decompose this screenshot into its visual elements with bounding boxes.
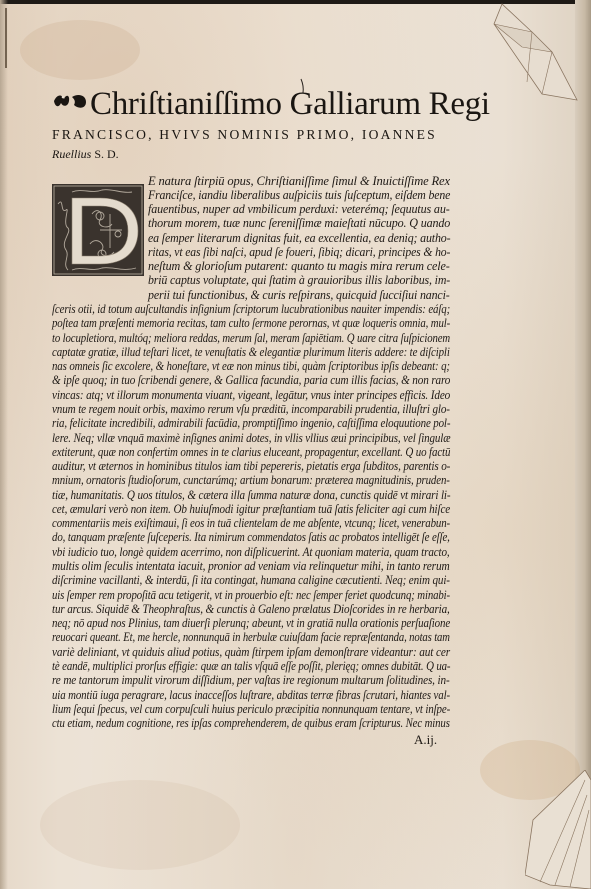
text-line: captatæ gratiæ, illud teſtari licet, te … [52,345,450,359]
text-line: E natura ſtirpiū opus, Chriſtianiſſime ſ… [148,174,450,188]
text-line: Franciſce, iandiu liberalibus auſpiciis … [148,188,450,202]
text-line: ria, felicitate incredibili, admirabili … [52,416,450,430]
water-stain [20,20,140,80]
salutation-suffix: S. D. [91,147,118,161]
text-line: variè deliniant, vt quiduis aliud potius… [52,645,450,659]
text-line: perii tui functionibus, & curis reſpiran… [148,288,450,302]
text-line: to locupletiora, multóq; meliora reddas,… [52,331,450,345]
heading-text: Chriſtianiſſimo Galliarum Regi [90,86,490,122]
folded-corner-bottom [525,770,591,889]
decorated-initial-d: D [52,184,144,276]
folded-corner-top [492,2,582,102]
text-line: lium ſequi ſpecus, vel cum corpuſculi hu… [52,702,450,716]
text-line: ritas, vt eas ſibi naſci, apud ſe foueri… [148,245,450,259]
page-gutter-shadow [0,0,8,889]
signature-mark: A.ij. [414,732,437,748]
text-line: thorum morem, tuæ nunc ſereniſſimæ maieſ… [148,216,450,230]
dedication-heading: Chriſtianiſſimo Galliarum Regi [52,86,490,123]
text-line: neſtum & glorioſum putarent: quanto tu m… [148,259,450,273]
page-crease [5,8,7,68]
text-line: nas omneis ſic excolere, & honeſtare, vt… [52,359,450,373]
text-line: uia montiū iuga peragrare, lacus inacceſ… [52,688,450,702]
text-line: do, tanquam præſente ſuſceperis. Ita nim… [52,530,450,544]
text-line: & ipſe quoq; in tuo ſcribendi genere, & … [52,373,450,387]
text-line: diſcrimine vacillanti, & interdū, ſi ita… [52,573,450,587]
page-right-edge [575,0,591,889]
dedication-subheading: FRANCISCO, HVIVS NOMINIS PRIMO, IOANNES [52,127,437,143]
text-line: auditur, vt æternos in hominibus titulos… [52,459,450,473]
author-name: Ruellius [52,147,91,161]
text-line: cet, æmulari verò non item. Ob huiuſmodi… [52,502,450,516]
text-line: ctu etiam, nedum cognitione, res ipſas c… [52,716,450,730]
book-page: Chriſtianiſſimo Galliarum Regi FRANCISCO… [0,0,591,889]
text-line: reuocari queant. Et, me hercle, nonnunqu… [52,630,450,644]
text-line: tiæ, humanitatis. Q uos titulos, & cæter… [52,488,450,502]
text-line: mnium, ornatoris ſtudioſorum, cunctarúmq… [52,473,450,487]
salutation: Ruellius S. D. [52,147,119,162]
text-line: vbi iudicio tuo, longè quidem acerrimo, … [52,545,450,559]
text-line: vincas: atq; vt illorum monumenta viuant… [52,388,450,402]
text-line: lere. Neq; vllæ vnquā maximè inſignes an… [52,431,450,445]
text-line: tè eandē, multiplici prorſus effigie: qu… [52,659,450,673]
fleuron-ornament-icon [52,91,88,111]
text-line: extiterunt, quæ non confertim omnes in t… [52,445,450,459]
text-line: fauentibus, nuper ad vmbilicum perduxi: … [148,202,450,216]
text-line: re me tantorum impulit virorum diſſidium… [52,673,450,687]
text-line: neq; nō apud nos Plinius, tam diuerſi pl… [52,616,450,630]
text-line: multis olim ſeculis intentata iacuit, pr… [52,559,450,573]
text-line: poſtea tam præſenti memoria recitas, tam… [52,316,450,330]
text-line: ſceris otii, id totum auſcultandis inſig… [52,302,450,316]
text-line: tur arcus. Siquidē & Theophraſtus, & cun… [52,602,450,616]
text-line: vnum te regem nouit orbis, maximo rerum … [52,402,450,416]
text-line: ea ſemper literarum dignitas fuit, ea ex… [148,231,450,245]
text-line: commentariis meis exiſtimaui, ſi eos in … [52,516,450,530]
text-line: briū captus voluptate, qui ſtatim à grau… [148,273,450,287]
text-line: uis ſemper rem propoſitā acu tetigerit, … [52,588,450,602]
water-stain [40,780,240,870]
